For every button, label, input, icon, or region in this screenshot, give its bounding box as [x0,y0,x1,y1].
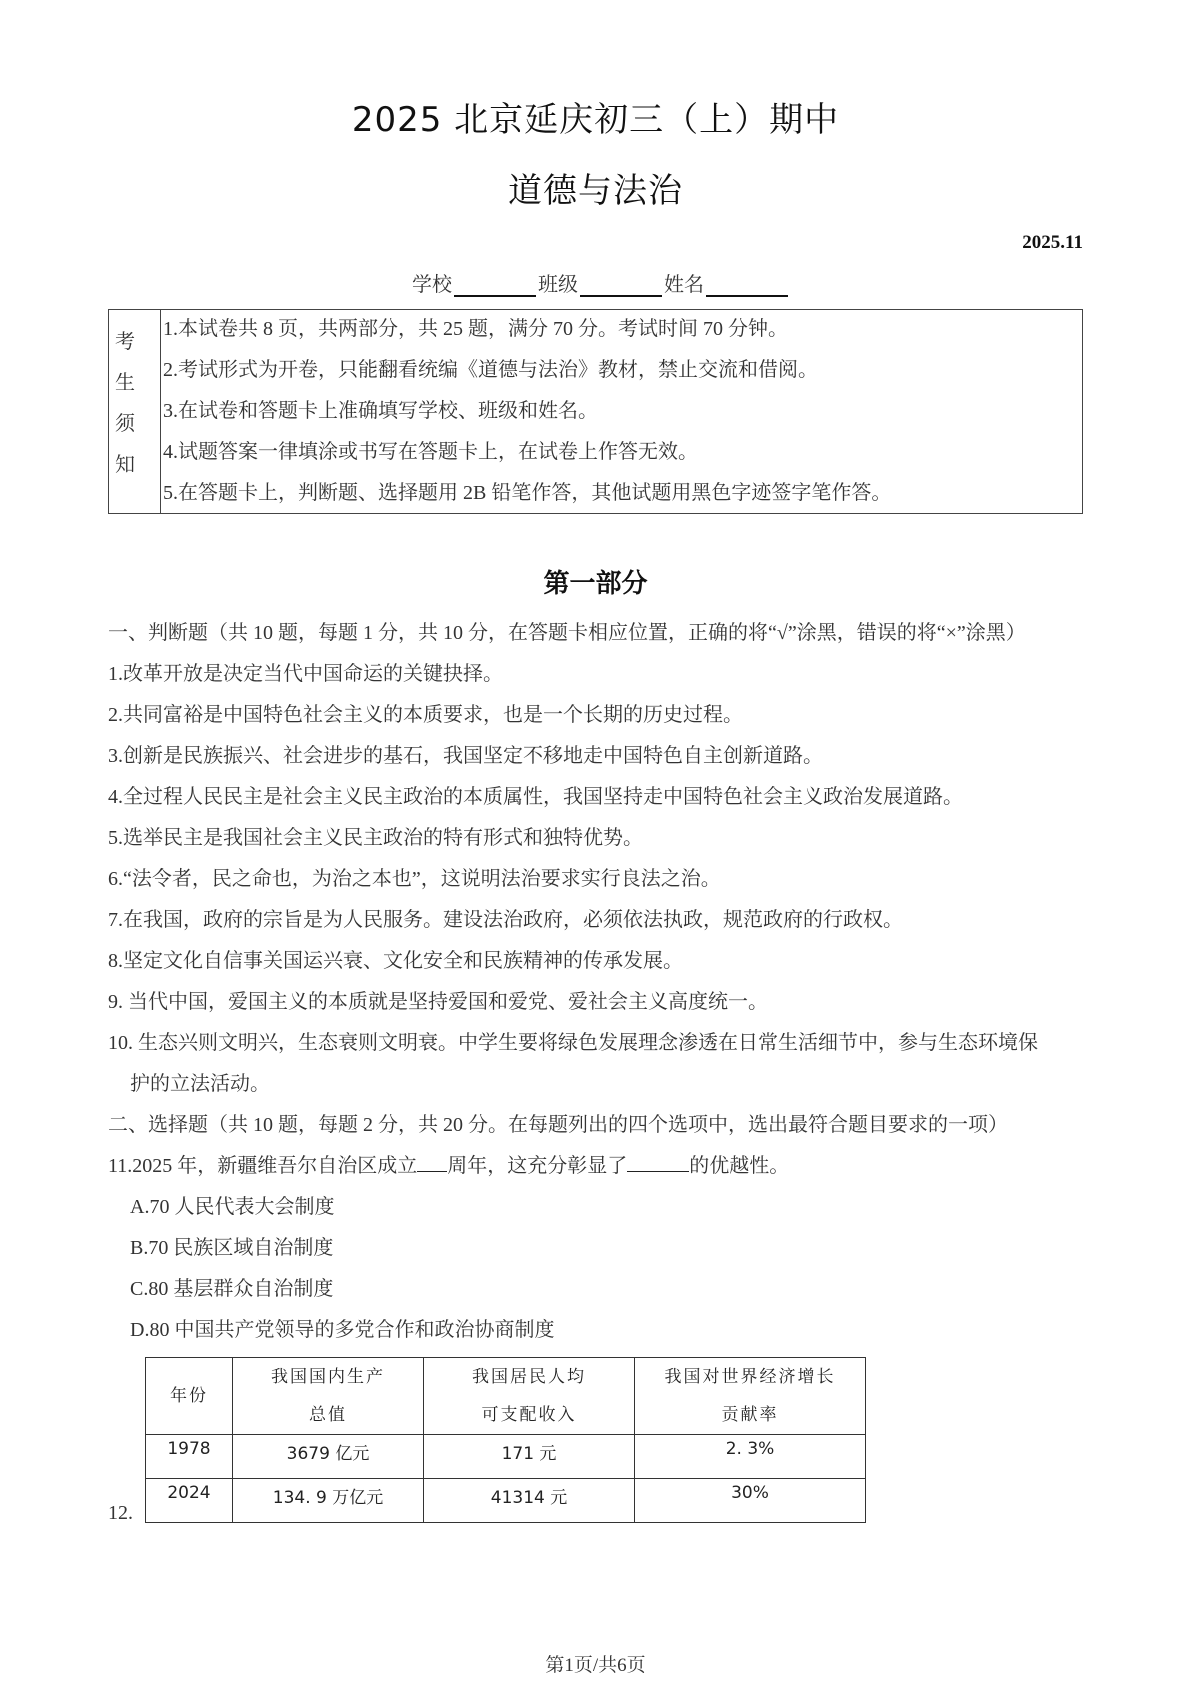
subject-title: 道德与法治 [0,163,1191,212]
question-6: 6.“法令者，民之命也，为治之本也”，这说明法治要求实行良法之治。 [108,864,721,894]
question-3: 3.创新是民族振兴、社会进步的基石，我国坚定不移地走中国特色自主创新道路。 [108,741,823,771]
q11-text-a: 11.2025 年，新疆维吾尔自治区成立 [108,1155,417,1177]
question-10: 10. 生态兴则文明兴，生态衰则文明衰。中学生要将绿色发展理念渗透在日常生活细节… [108,1028,1038,1058]
table-cell: 2. 3% [635,1435,866,1479]
table-header: 年份 [146,1358,233,1435]
question-4: 4.全过程人民民主是社会主义民主政治的本质属性，我国坚持走中国特色社会主义政治发… [108,782,963,812]
table-cell: 41314 元 [424,1479,635,1523]
question-10-continued: 护的立法活动。 [130,1069,270,1099]
name-label: 姓名 [664,268,704,297]
notice-label: 考 生 须 知 [109,310,161,513]
q11-text-c: 的优越性。 [689,1155,789,1177]
q11-option-b: B.70 民族区域自治制度 [130,1233,333,1263]
notice-items: 1.本试卷共 8 页，共两部分，共 25 题，满分 70 分。考试时间 70 分… [161,310,1082,513]
table-cell: 30% [635,1479,866,1523]
table-row: 1978 3679 亿元 171 元 2. 3% [146,1435,866,1479]
question-5: 5.选举民主是我国社会主义民主政治的特有形式和独特优势。 [108,823,643,853]
part-heading: 第一部分 [0,563,1191,600]
class-label: 班级 [538,268,578,297]
question-12-number: 12. [108,1502,133,1525]
school-blank[interactable] [454,273,536,297]
q11-blank-1 [417,1151,447,1172]
question-11: 11.2025 年，新疆维吾尔自治区成立周年，这充分彰显了的优越性。 [108,1151,789,1181]
q11-text-b: 周年，这充分彰显了 [447,1155,627,1177]
table-cell: 171 元 [424,1435,635,1479]
table-cell: 2024 [146,1479,233,1523]
class-blank[interactable] [580,273,662,297]
q11-option-a: A.70 人民代表大会制度 [130,1192,334,1222]
name-blank[interactable] [706,273,788,297]
q11-blank-2 [627,1151,689,1172]
notice-label-char: 知 [115,451,160,492]
question-9: 9. 当代中国，爱国主义的本质就是坚持爱国和爱党、爱社会主义高度统一。 [108,987,768,1017]
notice-item: 4.试题答案一律填涂或书写在答题卡上，在试卷上作答无效。 [163,437,1082,478]
q11-option-d: D.80 中国共产党领导的多党合作和政治协商制度 [130,1315,554,1345]
notice-label-char: 考 [115,328,160,369]
table-header: 我国对世界经济增长贡献率 [635,1358,866,1435]
exam-title: 2025 北京延庆初三（上）期中 [0,92,1191,141]
question-1: 1.改革开放是决定当代中国命运的关键抉择。 [108,659,503,689]
section2-instruction: 二、选择题（共 10 题，每题 2 分，共 20 分。在每题列出的四个选项中，选… [108,1110,1008,1140]
table-cell: 3679 亿元 [233,1435,424,1479]
table-row: 2024 134. 9 万亿元 41314 元 30% [146,1479,866,1523]
notice-label-char: 生 [115,369,160,410]
school-label: 学校 [412,268,452,297]
notice-item: 5.在答题卡上，判断题、选择题用 2B 铅笔作答，其他试题用黑色字迹签字笔作答。 [163,478,1082,519]
notice-label-char: 须 [115,410,160,451]
section1-instruction: 一、判断题（共 10 题，每题 1 分，共 10 分，在答题卡相应位置，正确的将… [108,618,1026,648]
notice-item: 3.在试卷和答题卡上准确填写学校、班级和姓名。 [163,396,1082,437]
notice-item: 2.考试形式为开卷，只能翻看统编《道德与法治》教材，禁止交流和借阅。 [163,355,1082,396]
q11-option-c: C.80 基层群众自治制度 [130,1274,333,1304]
q12-data-table: 年份 我国国内生产总值 我国居民人均可支配收入 我国对世界经济增长贡献率 197… [145,1357,866,1523]
exam-notice-box: 考 生 须 知 1.本试卷共 8 页，共两部分，共 25 题，满分 70 分。考… [108,309,1083,514]
question-2: 2.共同富裕是中国特色社会主义的本质要求，也是一个长期的历史过程。 [108,700,743,730]
question-7: 7.在我国，政府的宗旨是为人民服务。建设法治政府，必须依法执政，规范政府的行政权… [108,905,903,935]
notice-item: 1.本试卷共 8 页，共两部分，共 25 题，满分 70 分。考试时间 70 分… [163,314,1082,355]
table-cell: 134. 9 万亿元 [233,1479,424,1523]
exam-date: 2025.11 [1022,232,1083,254]
table-header-row: 年份 我国国内生产总值 我国居民人均可支配收入 我国对世界经济增长贡献率 [146,1358,866,1435]
table-cell: 1978 [146,1435,233,1479]
table-header: 我国国内生产总值 [233,1358,424,1435]
student-info-fields: 学校 班级 姓名 [412,268,790,297]
question-8: 8.坚定文化自信事关国运兴衰、文化安全和民族精神的传承发展。 [108,946,683,976]
page-number: 第1页/共6页 [0,1650,1191,1677]
table-header: 我国居民人均可支配收入 [424,1358,635,1435]
